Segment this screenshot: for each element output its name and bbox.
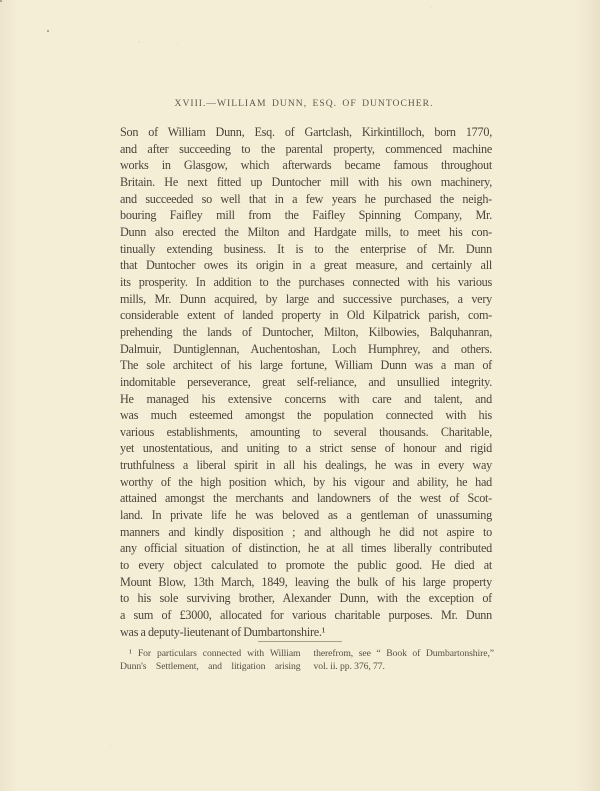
text-line: mills, Mr. Dunn acquired, by large and s… — [120, 291, 492, 308]
text-line: Dunn's Settlement, and litigation arisin… — [120, 660, 301, 673]
text-line: manners and kindly disposition ; and alt… — [120, 524, 492, 541]
text-line: He managed his extensive concerns with c… — [120, 391, 492, 408]
text-line: bouring Faifley mill from the Faifley Sp… — [120, 207, 492, 224]
text-line: to his sole surviving brother, Alexander… — [120, 590, 492, 607]
text-line: Son of William Dunn, Esq. of Gartclash, … — [120, 124, 492, 141]
text-line: its prosperity. In addition to the purch… — [120, 274, 492, 291]
text-line: considerable extent of landed property i… — [120, 307, 492, 324]
text-line: Dalmuir, Duntiglennan, Auchentoshan, Loc… — [120, 341, 492, 358]
footnote-divider — [258, 641, 342, 642]
text-line: Mount Blow, 13th March, 1849, leaving th… — [120, 574, 492, 591]
text-line: land. In private life he was beloved as … — [120, 507, 492, 524]
text-line: that Duntocher owes its origin in a grea… — [120, 257, 492, 274]
footnote-right-column: therefrom, see “ Book of Dumbartonshire,… — [314, 647, 495, 673]
book-page-scan: XVIII.—WILLIAM DUNN, ESQ. OF DUNTOCHER. … — [0, 0, 600, 791]
footnote: ¹ For particulars connected with William… — [120, 647, 494, 673]
text-line: works in Glasgow, which afterwards becam… — [120, 157, 492, 174]
text-line: to every object calculated to promote th… — [120, 557, 492, 574]
text-line: prehending the lands of Duntocher, Milto… — [120, 324, 492, 341]
text-line: indomitable perseverance, great self-rel… — [120, 374, 492, 391]
text-line: therefrom, see “ Book of Dumbartonshire,… — [314, 647, 495, 660]
text-line: worthy of the high position which, by hi… — [120, 474, 492, 491]
text-line: various establishments, amounting to sev… — [120, 424, 492, 441]
text-line: attained amongst the merchants and lando… — [120, 490, 492, 507]
text-line: The sole architect of his large fortune,… — [120, 357, 492, 374]
biography-paragraph: Son of William Dunn, Esq. of Gartclash, … — [120, 124, 492, 640]
footnote-left-column: ¹ For particulars connected with William… — [120, 647, 301, 673]
text-line: yet unostentatious, and uniting to a str… — [120, 440, 492, 457]
text-line: vol. ii. pp. 376, 77. — [314, 660, 495, 673]
text-line: Britain. He next fitted up Duntocher mil… — [120, 174, 492, 191]
text-line: was much esteemed amongst the population… — [120, 407, 492, 424]
text-line: truthfulness a liberal spirit in all his… — [120, 457, 492, 474]
text-line: ¹ For particulars connected with William — [120, 647, 301, 660]
text-line: Dunn also erected the Milton and Hardgat… — [120, 224, 492, 241]
text-line: tinually extending business. It is to th… — [120, 241, 492, 258]
text-line: and succeeded so well that in a few year… — [120, 191, 492, 208]
text-line: and after succeeding to the parental pro… — [120, 141, 492, 158]
chapter-heading: XVIII.—WILLIAM DUNN, ESQ. OF DUNTOCHER. — [114, 97, 494, 110]
text-line: was a deputy-lieutenant of Dumbartonshir… — [120, 624, 492, 641]
text-line: any official situation of distinction, h… — [120, 540, 492, 557]
text-line: a sum of £3000, allocated for various ch… — [120, 607, 492, 624]
